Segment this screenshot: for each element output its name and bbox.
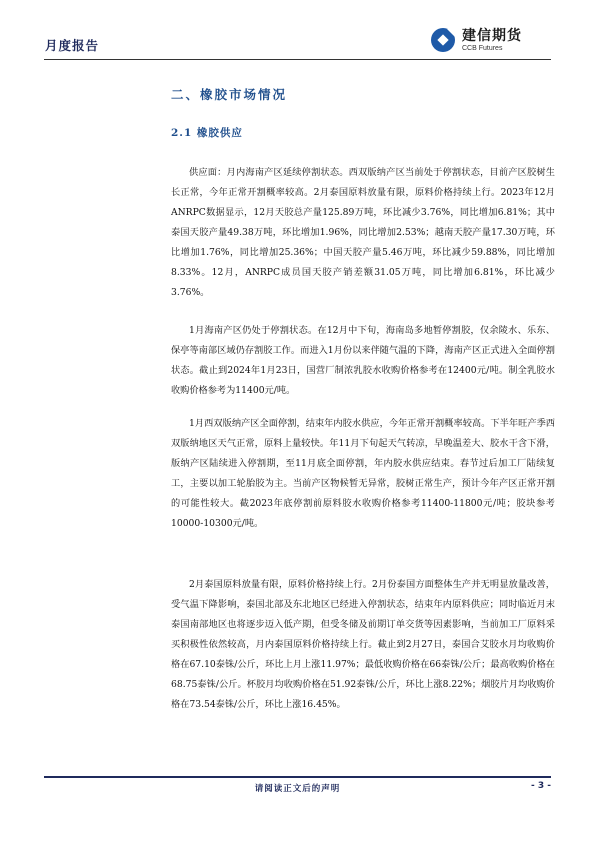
ccb-logo-icon: [430, 27, 456, 53]
page-number: - 3 -: [531, 781, 551, 791]
logo-chinese-name: 建信期货: [462, 28, 522, 44]
footer-divider: [44, 776, 551, 778]
paragraph-xishuangbanna: 1月西双版纳产区全面停割，结束年内胶水供应，今年正常开割概率较高。下半年旺产季西…: [171, 414, 555, 534]
report-type-label: 月度报告: [45, 36, 99, 54]
subsection-title: 2.1 橡胶供应: [171, 125, 243, 140]
footer-disclaimer: 请阅读正文后的声明: [0, 782, 595, 794]
logo-english-name: CCB Futures: [462, 44, 522, 53]
paragraph-hainan: 1月海南产区仍处于停割状态。在12月中下旬，海南岛多地暂停割胶，仅余陵水、乐东、…: [171, 321, 555, 401]
paragraph-supply-overview: 供应面：月内海南产区延续停割状态。西双版纳产区当前处于停割状态，目前产区胶树生长…: [171, 163, 555, 303]
header-divider: [44, 59, 551, 60]
company-logo: 建信期货 CCB Futures: [430, 22, 522, 58]
paragraph-thailand: 2月泰国原料放量有限，原料价格持续上行。2月份泰国方面整体生产并无明显放量改善，…: [171, 575, 555, 715]
section-title: 二、橡胶市场情况: [171, 85, 287, 103]
